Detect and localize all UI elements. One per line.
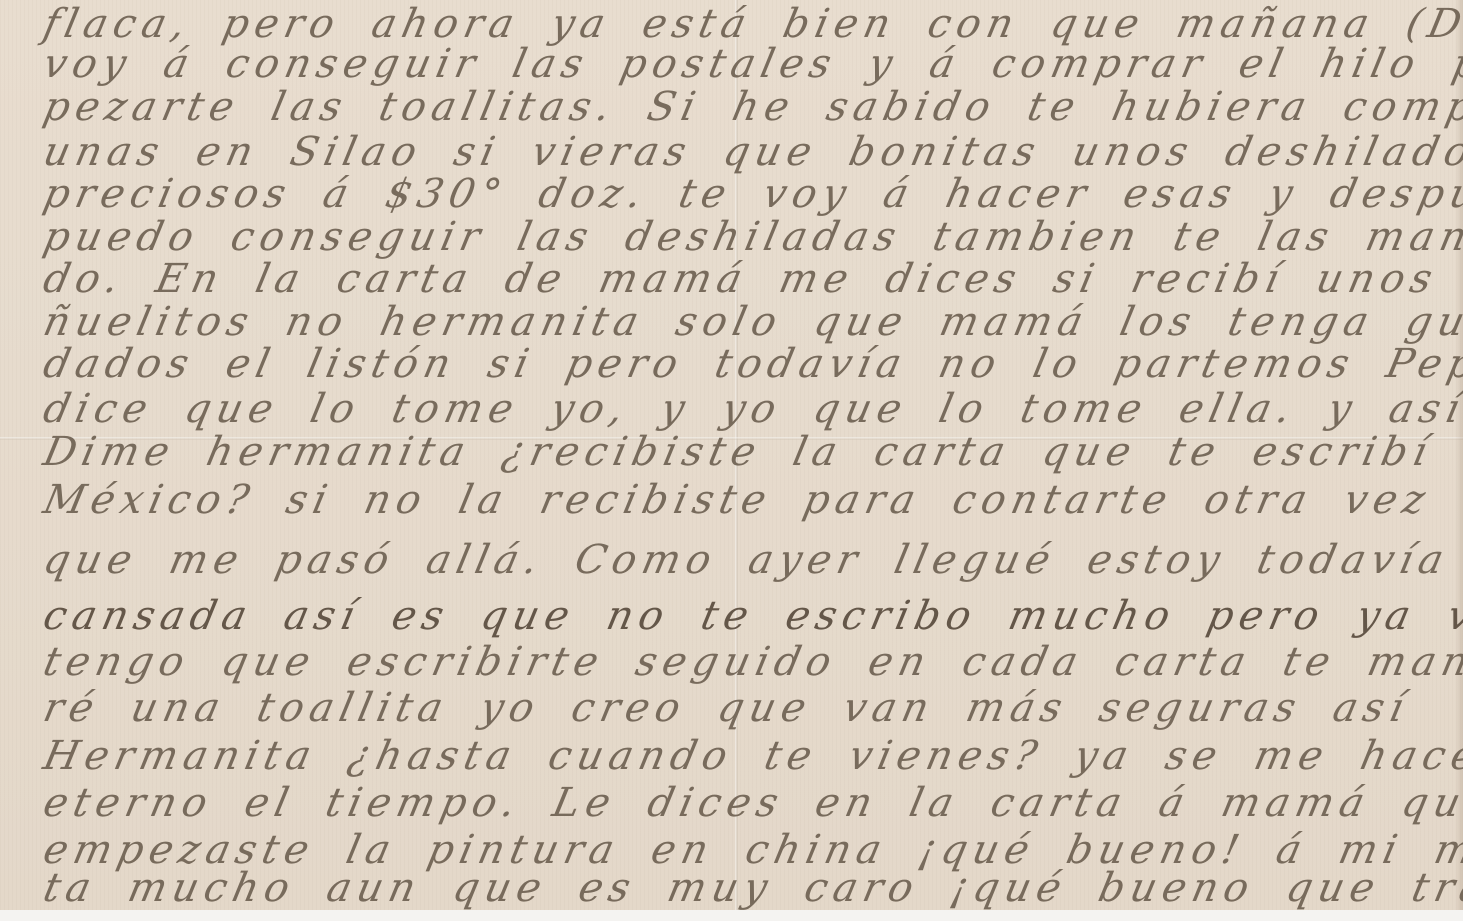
handwritten-line-8: ñuelitos no hermanita solo que mamá los … [40,302,1463,342]
handwritten-line-15: tengo que escribirte seguido en cada car… [40,642,1463,682]
handwritten-line-18: eterno el tiempo. Le dices en la carta á… [40,783,1463,823]
handwritten-line-2: voy á conseguir las postales y á comprar… [40,44,1463,84]
handwritten-line-4: unas en Silao si vieras que bonitas unos… [40,132,1463,172]
handwritten-line-9: dados el listón si pero todavía no lo pa… [40,344,1463,384]
handwritten-line-17: Hermanita ¿hasta cuando te vienes? ya se… [40,736,1463,776]
handwritten-line-7: do. En la carta de mamá me dices si reci… [40,259,1463,299]
handwritten-line-12: México? si no la recibiste para contarte… [40,480,1463,520]
handwritten-line-1: flaca, pero ahora ya está bien con que m… [40,4,1463,44]
handwritten-line-16: ré una toallita yo creo que van más segu… [40,688,1463,728]
handwritten-line-10: dice que lo tome yo, y yo que lo tome el… [40,389,1463,429]
letter-page: flaca, pero ahora ya está bien con que m… [0,0,1463,910]
handwritten-line-20: ta mucho aun que es muy caro ¡qué bueno … [40,868,1463,908]
handwritten-line-19: empezaste la pintura en china ¡qué bueno… [40,830,1463,870]
handwritten-line-6: puedo conseguir las deshiladas tambien t… [40,217,1463,257]
handwritten-line-14: cansada así es que no te escribo mucho p… [40,596,1463,636]
handwritten-line-11: Dime hermanita ¿recibiste la carta que t… [40,432,1463,472]
handwritten-line-3: pezarte las toallitas. Si he sabido te h… [40,87,1463,127]
handwritten-line-5: preciosos á $30° doz. te voy á hacer esa… [40,174,1463,214]
handwritten-line-13: que me pasó allá. Como ayer llegué estoy… [40,540,1463,580]
scan-margin [0,910,1463,921]
